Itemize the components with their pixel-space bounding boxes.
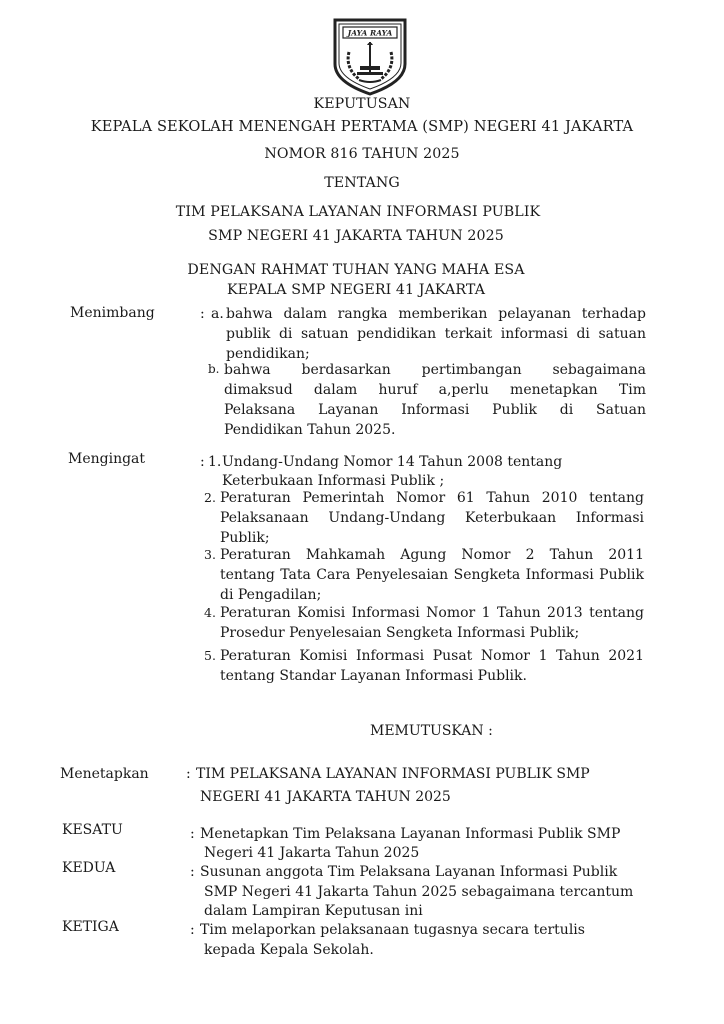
decree-title: KEPUTUSAN xyxy=(0,96,724,112)
invocation: DENGAN RAHMAT TUHAN YANG MAHA ESA xyxy=(0,262,718,278)
kedua-line: Susunan anggota Tim Pelaksana Layanan In… xyxy=(200,864,617,880)
menimbang-a-line: pendidikan; xyxy=(226,346,310,362)
menimbang-a-line: bahwa dalam rangka memberikan pelayanan … xyxy=(226,306,646,322)
mengingat-3-line: di Pengadilan; xyxy=(220,587,321,603)
mengingat-5-line: tentang Standar Layanan Informasi Publik… xyxy=(220,668,527,684)
ketiga-line: Tim melaporkan pelaksanaan tugasnya seca… xyxy=(200,922,585,938)
menimbang-b-line: Pelaksana Layanan Informasi Publik di Sa… xyxy=(224,402,646,418)
mengingat-4-line: Prosedur Penyelesaian Sengketa Informasi… xyxy=(220,625,579,641)
mengingat-3-marker: 3. xyxy=(204,547,216,562)
mengingat-label: Mengingat xyxy=(68,451,145,467)
mengingat-4-marker: 4. xyxy=(204,605,216,620)
menimbang-a-line: publik di satuan pendidikan terkait info… xyxy=(226,326,646,342)
kedua-label: KEDUA xyxy=(62,860,115,876)
kedua-line: dalam Lampiran Keputusan ini xyxy=(204,903,423,919)
menimbang-a-marker: a. xyxy=(211,306,224,322)
mengingat-2-marker: 2. xyxy=(204,490,216,505)
menimbang-colon: : xyxy=(200,306,205,322)
subject-line-2: SMP NEGERI 41 JAKARTA TAHUN 2025 xyxy=(0,228,718,244)
menimbang-b-marker: b. xyxy=(208,362,220,376)
menimbang-label: Menimbang xyxy=(70,305,155,321)
mengingat-5-line: Peraturan Komisi Informasi Pusat Nomor 1… xyxy=(220,648,644,664)
kesatu-colon: : xyxy=(190,826,195,842)
kedua-line: SMP Negeri 41 Jakarta Tahun 2025 sebagai… xyxy=(204,884,633,900)
mengingat-2-line: Peraturan Pemerintah Nomor 61 Tahun 2010… xyxy=(220,490,644,506)
issuer: KEPALA SEKOLAH MENENGAH PERTAMA (SMP) NE… xyxy=(0,118,724,135)
kesatu-line: Menetapkan Tim Pelaksana Layanan Informa… xyxy=(200,826,620,842)
ketiga-label: KETIGA xyxy=(62,919,119,935)
mengingat-2-line: Publik; xyxy=(220,530,270,546)
mengingat-1-marker: 1. xyxy=(208,454,221,470)
about-heading: TENTANG xyxy=(0,175,724,191)
decree-number: NOMOR 816 TAHUN 2025 xyxy=(0,146,724,162)
kesatu-line: Negeri 41 Jakarta Tahun 2025 xyxy=(204,845,419,861)
menimbang-b-line: bahwa berdasarkan pertimbangan sebagaima… xyxy=(224,362,646,378)
jakarta-emblem-icon: JAYA RAYA xyxy=(329,16,411,96)
svg-text:JAYA RAYA: JAYA RAYA xyxy=(346,29,393,38)
menimbang-b-line: Pendidikan Tahun 2025. xyxy=(224,422,395,438)
mengingat-1-line: Keterbukaan Informasi Publik ; xyxy=(222,473,444,489)
menetapkan-line: TIM PELAKSANA LAYANAN INFORMASI PUBLIK S… xyxy=(196,766,590,782)
mengingat-5-marker: 5. xyxy=(204,648,216,663)
menimbang-b-line: dimaksud dalam huruf a,perlu menetapkan … xyxy=(224,382,646,398)
ketiga-line: kepada Kepala Sekolah. xyxy=(204,942,374,958)
menetapkan-colon: : xyxy=(186,766,191,782)
kesatu-label: KESATU xyxy=(62,822,123,838)
ketiga-colon: : xyxy=(190,922,195,938)
decree-page: JAYA RAYA KEPUTUSAN KEPALA SEKOLAH MENEN… xyxy=(0,0,724,1024)
mengingat-colon: : xyxy=(200,454,205,470)
mengingat-1-line: Undang-Undang Nomor 14 Tahun 2008 tentan… xyxy=(222,454,562,470)
kedua-colon: : xyxy=(190,864,195,880)
mengingat-3-line: Peraturan Mahkamah Agung Nomor 2 Tahun 2… xyxy=(220,547,644,563)
menetapkan-line: NEGERI 41 JAKARTA TAHUN 2025 xyxy=(200,789,451,805)
memutuskan-heading: MEMUTUSKAN : xyxy=(370,723,493,739)
mengingat-2-line: Pelaksanaan Undang-Undang Keterbukaan In… xyxy=(220,510,644,526)
menetapkan-label: Menetapkan xyxy=(60,766,149,782)
mengingat-3-line: tentang Tata Cara Penyelesaian Sengketa … xyxy=(220,567,644,583)
subject-line-1: TIM PELAKSANA LAYANAN INFORMASI PUBLIK xyxy=(0,204,720,220)
mengingat-4-line: Peraturan Komisi Informasi Nomor 1 Tahun… xyxy=(220,605,644,621)
authority: KEPALA SMP NEGERI 41 JAKARTA xyxy=(0,282,718,298)
